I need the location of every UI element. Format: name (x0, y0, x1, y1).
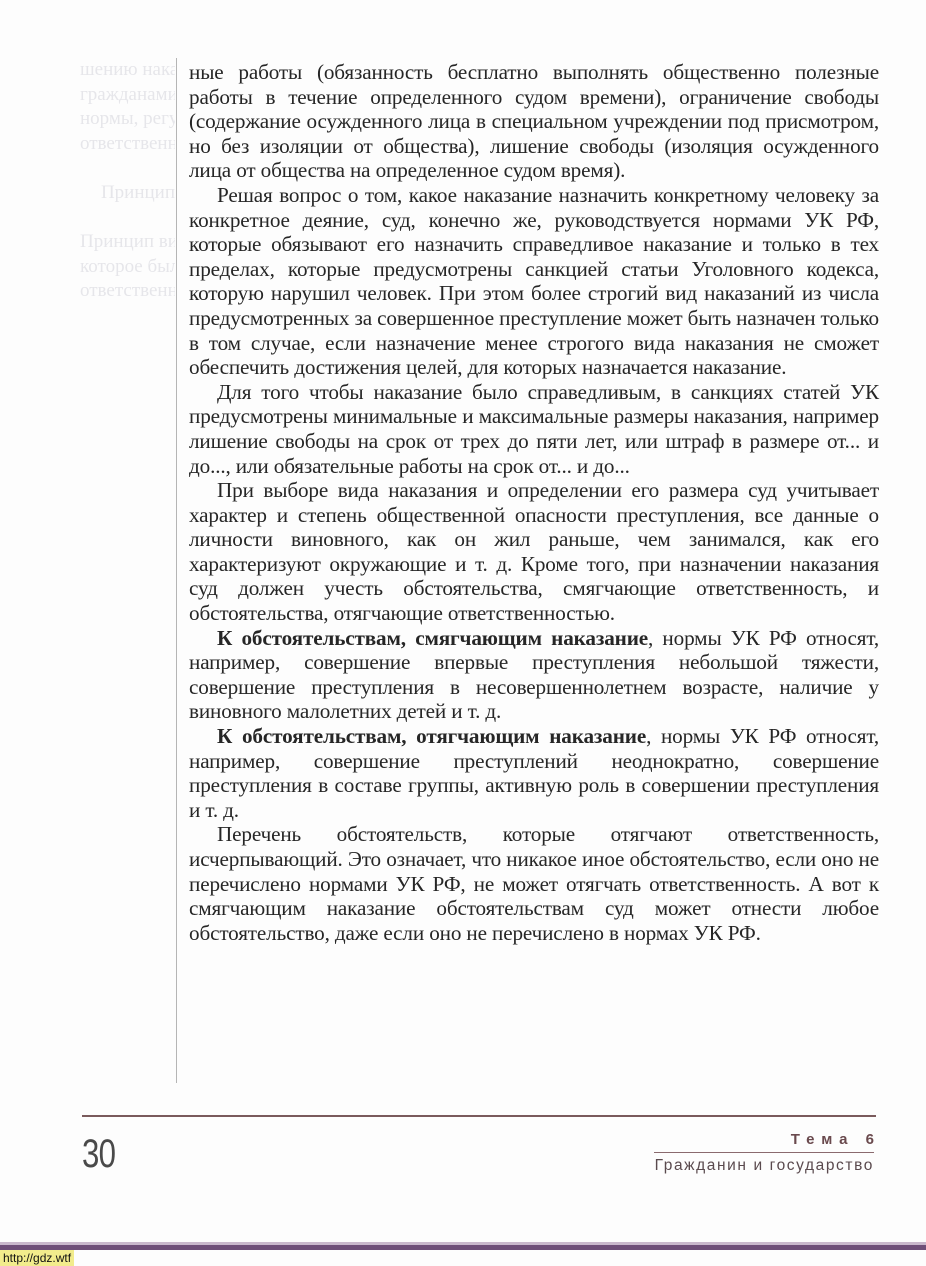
term-aggravating: К обстоятельствам, отягчающим наказание (217, 724, 646, 748)
footer-rule (82, 1115, 876, 1117)
paragraph-text: Для того чтобы наказание было справедлив… (189, 380, 879, 478)
show-through-line: Принцип (80, 181, 175, 206)
show-through-line: гражданами (80, 83, 175, 108)
paragraph-mitigating: К обстоятельствам, смягчающим наказание,… (189, 626, 879, 724)
page-number: 30 (82, 1132, 115, 1177)
margin-rule (176, 58, 177, 1083)
term-mitigating: К обстоятельствам, смягчающим наказание (217, 626, 648, 650)
topic-title: Гражданин и государство (654, 1157, 874, 1175)
paragraph-text: ные работы (обязанность бесплатно выполн… (189, 60, 879, 182)
topic-rule (654, 1152, 874, 1153)
topic-label: Тема 6 (654, 1130, 881, 1150)
body-text: ные работы (обязанность бесплатно выполн… (189, 60, 879, 945)
paragraph-exhaustive-list: Перечень обстоятельств, которые отягчают… (189, 822, 879, 945)
show-through-line: нормы, регули (80, 107, 175, 132)
paragraph-text: При выборе вида наказания и определении … (189, 478, 879, 625)
paragraph-aggravating: К обстоятельствам, отягчающим наказание,… (189, 724, 879, 822)
show-through-line: Принцип вины (80, 230, 175, 255)
watermark-link[interactable]: http://gdz.wtf (0, 1250, 74, 1266)
paragraph-sanction-limits: Для того чтобы наказание было справедлив… (189, 380, 879, 478)
paragraph-sentencing-choice: Решая вопрос о том, какое наказание назн… (189, 183, 879, 380)
paragraph-text: Решая вопрос о том, какое наказание назн… (189, 183, 879, 379)
textbook-page: шению наказгражданаминормы, регулиответс… (0, 0, 926, 1266)
bottom-band (0, 1245, 926, 1250)
paragraph-text: Перечень обстоятельств, которые отягчают… (189, 822, 879, 944)
show-through-line: шению наказ (80, 58, 175, 83)
show-through-line (80, 156, 175, 181)
paragraph-continuation: ные работы (обязанность бесплатно выполн… (189, 60, 879, 183)
show-through-line: ответственнос (80, 132, 175, 157)
show-through-line (80, 206, 175, 231)
show-through-line: ответственнос (80, 279, 175, 304)
running-footer: Тема 6 Гражданин и государство (654, 1130, 874, 1175)
show-through-text: шению наказгражданаминормы, регулиответс… (80, 58, 175, 304)
show-through-line: которое было (80, 255, 175, 280)
paragraph-sentence-factors: При выборе вида наказания и определении … (189, 478, 879, 626)
